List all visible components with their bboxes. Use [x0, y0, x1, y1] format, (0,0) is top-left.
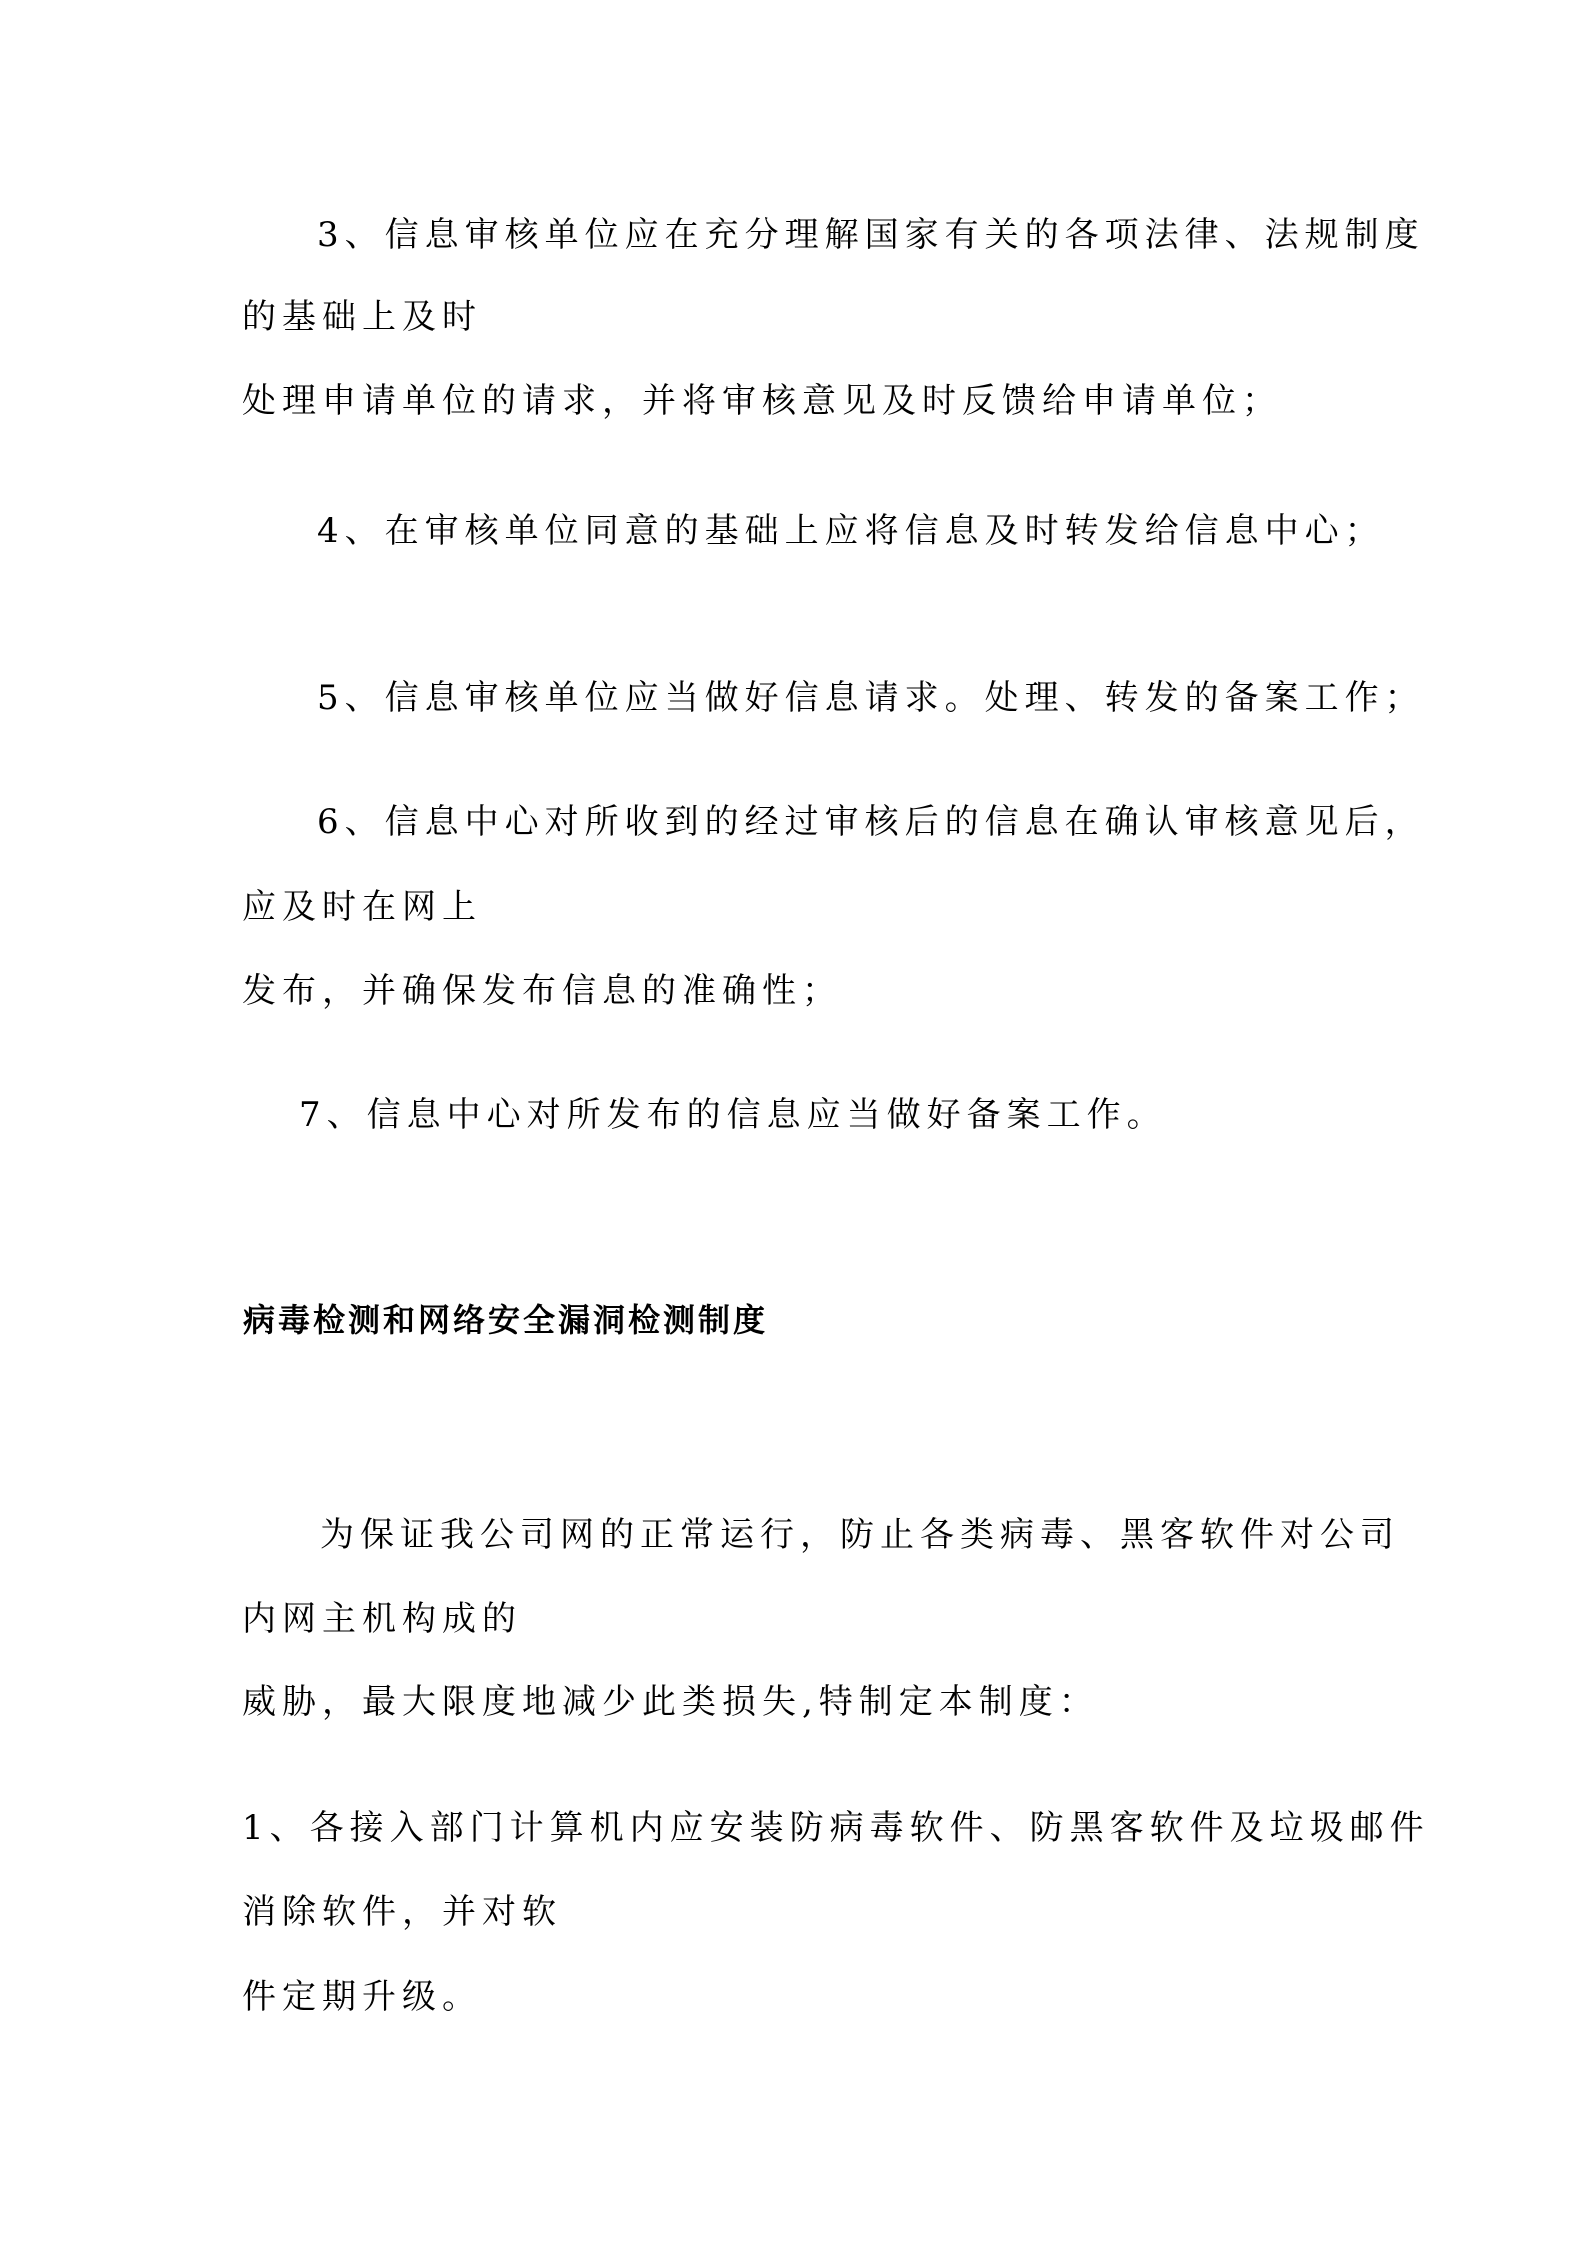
paragraph-item-3-line-3: 处理申请单位的请求，并将审核意见及时反馈给申请单位；	[242, 381, 1282, 421]
paragraph-item-4: 4、在审核单位同意的基础上应将信息及时转发给信息中心；	[317, 511, 1385, 551]
intro-line-3: 威胁，最大限度地减少此类损失,特制定本制度：	[242, 1682, 1099, 1722]
section-title: 病毒检测和网络安全漏洞检测制度	[243, 1300, 768, 1340]
rule-item-1-line-2: 消除软件，并对软	[242, 1892, 562, 1932]
paragraph-item-5: 5、信息审核单位应当做好信息请求。处理、转发的备案工作；	[317, 678, 1425, 718]
paragraph-item-3-line-2: 的基础上及时	[242, 297, 482, 337]
intro-line-1: 为保证我公司网的正常运行，防止各类病毒、黑客软件对公司	[320, 1515, 1400, 1555]
intro-line-2: 内网主机构成的	[242, 1599, 522, 1639]
paragraph-item-3-line-1: 3、信息审核单位应在充分理解国家有关的各项法律、法规制度	[317, 215, 1425, 255]
paragraph-item-6-line-3: 发布，并确保发布信息的准确性；	[242, 971, 842, 1011]
rule-item-1-line-1: 1、各接入部门计算机内应安装防病毒软件、防黑客软件及垃圾邮件	[242, 1808, 1430, 1848]
paragraph-item-6-line-1: 6、信息中心对所收到的经过审核后的信息在确认审核意见后，	[317, 802, 1425, 842]
paragraph-item-7: 7、信息中心对所发布的信息应当做好备案工作。	[299, 1095, 1167, 1135]
document-page: 3、信息审核单位应在充分理解国家有关的各项法律、法规制度 的基础上及时 处理申请…	[0, 0, 1587, 2245]
paragraph-item-6-line-2: 应及时在网上	[242, 887, 482, 927]
rule-item-1-line-3: 件定期升级。	[242, 1977, 482, 2017]
